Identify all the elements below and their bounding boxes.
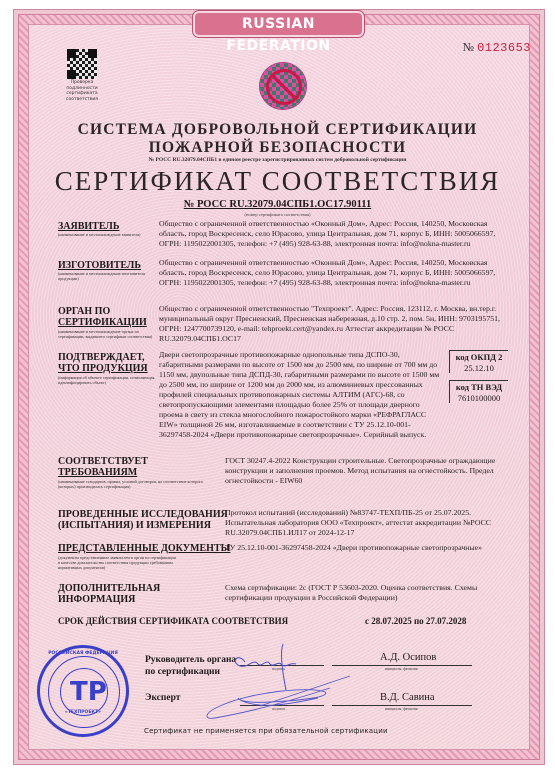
manufacturer-label-text: ИЗГОТОВИТЕЛЬ (58, 260, 141, 271)
stamp-inner-text: «ТЕХПРОЕКТ» (40, 710, 126, 715)
head-name-caption: инициалы, фамилия (385, 667, 417, 671)
requirements-label: СООТВЕТСТВУЕТ ТРЕБОВАНИЯМ (58, 456, 148, 478)
okpd2-label: код ОКПД 2 (450, 352, 508, 363)
certificate-number: № РОСС RU.32079.04СПБ1.ОС17.90111 (0, 199, 555, 210)
cert-body-label-line2: СЕРТИФИКАЦИИ (58, 317, 147, 328)
additional-label-line2: ИНФОРМАЦИЯ (58, 594, 160, 605)
certificate-title: СЕРТИФИКАТ СООТВЕТСТВИЯ (0, 166, 555, 197)
applicant-label-text: ЗАЯВИТЕЛЬ (58, 221, 119, 232)
cert-body-text: Общество с ограниченной ответственностью… (159, 304, 511, 344)
requirements-label-line1: СООТВЕТСТВУЕТ (58, 456, 148, 467)
system-title-line2: ПОЖАРНОЙ БЕЗОПАСНОСТИ (0, 139, 555, 157)
additional-text: Схема сертификации: 2с (ГОСТ Р 53603-202… (225, 583, 515, 603)
tests-label-line1: ПРОВЕДЕННЫЕ ИССЛЕДОВАНИЯ (58, 509, 228, 520)
cert-body-label: ОРГАН ПО СЕРТИФИКАЦИИ (58, 306, 147, 328)
cert-body-caption: (наименование и местонахождение органа п… (58, 329, 156, 339)
applicant-text: Общество с ограниченной ответственностью… (159, 219, 511, 249)
additional-label: ДОПОЛНИТЕЛЬНАЯ ИНФОРМАЦИЯ (58, 583, 160, 605)
documents-caption: (документы представленные заявителем в о… (58, 555, 178, 570)
product-label-line2: ЧТО ПРОДУКЦИЯ (58, 363, 148, 374)
system-title-line1: СИСТЕМА ДОБРОВОЛЬНОЙ СЕРТИФИКАЦИИ (0, 121, 555, 139)
serial-value: 0123653 (477, 41, 531, 55)
qr-caption: Проверка подлинности сертификата соответ… (58, 80, 106, 102)
product-label-line1: ПОДТВЕРЖДАЕТ, (58, 352, 148, 363)
tnved-value: 7610100000 (458, 393, 501, 403)
expert-name-caption: инициалы, фамилия (385, 707, 417, 711)
tests-text: Протокол испытаний (исследований) №83747… (225, 508, 515, 538)
stamp-logo: ТР (70, 678, 98, 706)
company-stamp-icon: РОССИЙСКАЯ ФЕДЕРАЦИЯ ТР «ТЕХПРОЕКТ» (37, 645, 129, 737)
serial-prefix: № (463, 40, 474, 54)
requirements-label-line2: ТРЕБОВАНИЯМ (58, 467, 137, 478)
tests-label-line2: (ИСПЫТАНИЯ) И ИЗМЕРЕНИЯ (58, 520, 228, 531)
manufacturer-text: Общество с ограниченной ответственностью… (159, 258, 511, 288)
qr-code-icon[interactable] (67, 49, 97, 79)
system-registry-line: № РОСС RU.32079.04СПБ1 в едином реестре … (0, 157, 555, 163)
applicant-label: ЗАЯВИТЕЛЬ (58, 221, 119, 232)
validity-label: СРОК ДЕЙСТВИЯ СЕРТИФИКАТА СООТВЕТСТВИЯ (58, 616, 288, 626)
validity-value: с 28.07.2025 по 27.07.2028 (365, 616, 466, 626)
certificate-number-value: № РОСС RU.32079.04СПБ1.ОС17.90111 (184, 199, 371, 210)
requirements-text: ГОСТ 30247.4-2022 Конструкции строительн… (225, 456, 515, 486)
certificate-number-caption: (номер сертификата соответствия) (0, 212, 555, 217)
documents-label-text: ПРЕДСТАВЛЕННЫЕ ДОКУМЕНТЫ (58, 543, 230, 554)
expert-label: Эксперт (145, 693, 180, 705)
requirements-caption: (наименование стандартов, правил, услови… (58, 479, 218, 489)
manufacturer-label: ИЗГОТОВИТЕЛЬ (58, 260, 141, 271)
tests-label: ПРОВЕДЕННЫЕ ИССЛЕДОВАНИЯ (ИСПЫТАНИЯ) И И… (58, 509, 228, 531)
documents-text: ТУ 25.12.10-001-36297458-2024 «Двери про… (225, 543, 515, 553)
expert-name: В.Д. Савина (380, 692, 435, 703)
product-caption: (информация об объекте сертификации, поз… (58, 375, 156, 385)
okpd2-code-box: код ОКПД 2 25.12.10 (449, 350, 508, 373)
product-label: ПОДТВЕРЖДАЕТ, ЧТО ПРОДУКЦИЯ (58, 352, 148, 374)
tnved-label: код ТН ВЭД (450, 382, 508, 393)
applicant-caption: (наименование и местонахождение заявител… (58, 232, 156, 237)
country-badge: RUSSIAN FEDERATION (193, 11, 364, 37)
form-serial-number: № 0123653 (463, 40, 531, 55)
okpd2-value: 25.12.10 (464, 363, 494, 373)
additional-label-line1: ДОПОЛНИТЕЛЬНАЯ (58, 583, 160, 594)
stamp-outer-text: РОССИЙСКАЯ ФЕДЕРАЦИЯ (40, 651, 126, 656)
cert-body-label-line1: ОРГАН ПО (58, 306, 147, 317)
handwritten-signatures-icon (200, 640, 360, 725)
product-text: Двери светопрозрачные противопожарные од… (159, 350, 442, 440)
documents-label: ПРЕДСТАВЛЕННЫЕ ДОКУМЕНТЫ (58, 543, 230, 554)
head-name: А.Д. Осипов (380, 652, 436, 663)
hologram-seal-icon (260, 63, 306, 109)
manufacturer-caption: (наименование и местонахождение изготови… (58, 271, 156, 281)
tnved-code-box: код ТН ВЭД 7610100000 (449, 380, 508, 403)
footnote: Сертификат не применяется при обязательн… (144, 727, 388, 735)
